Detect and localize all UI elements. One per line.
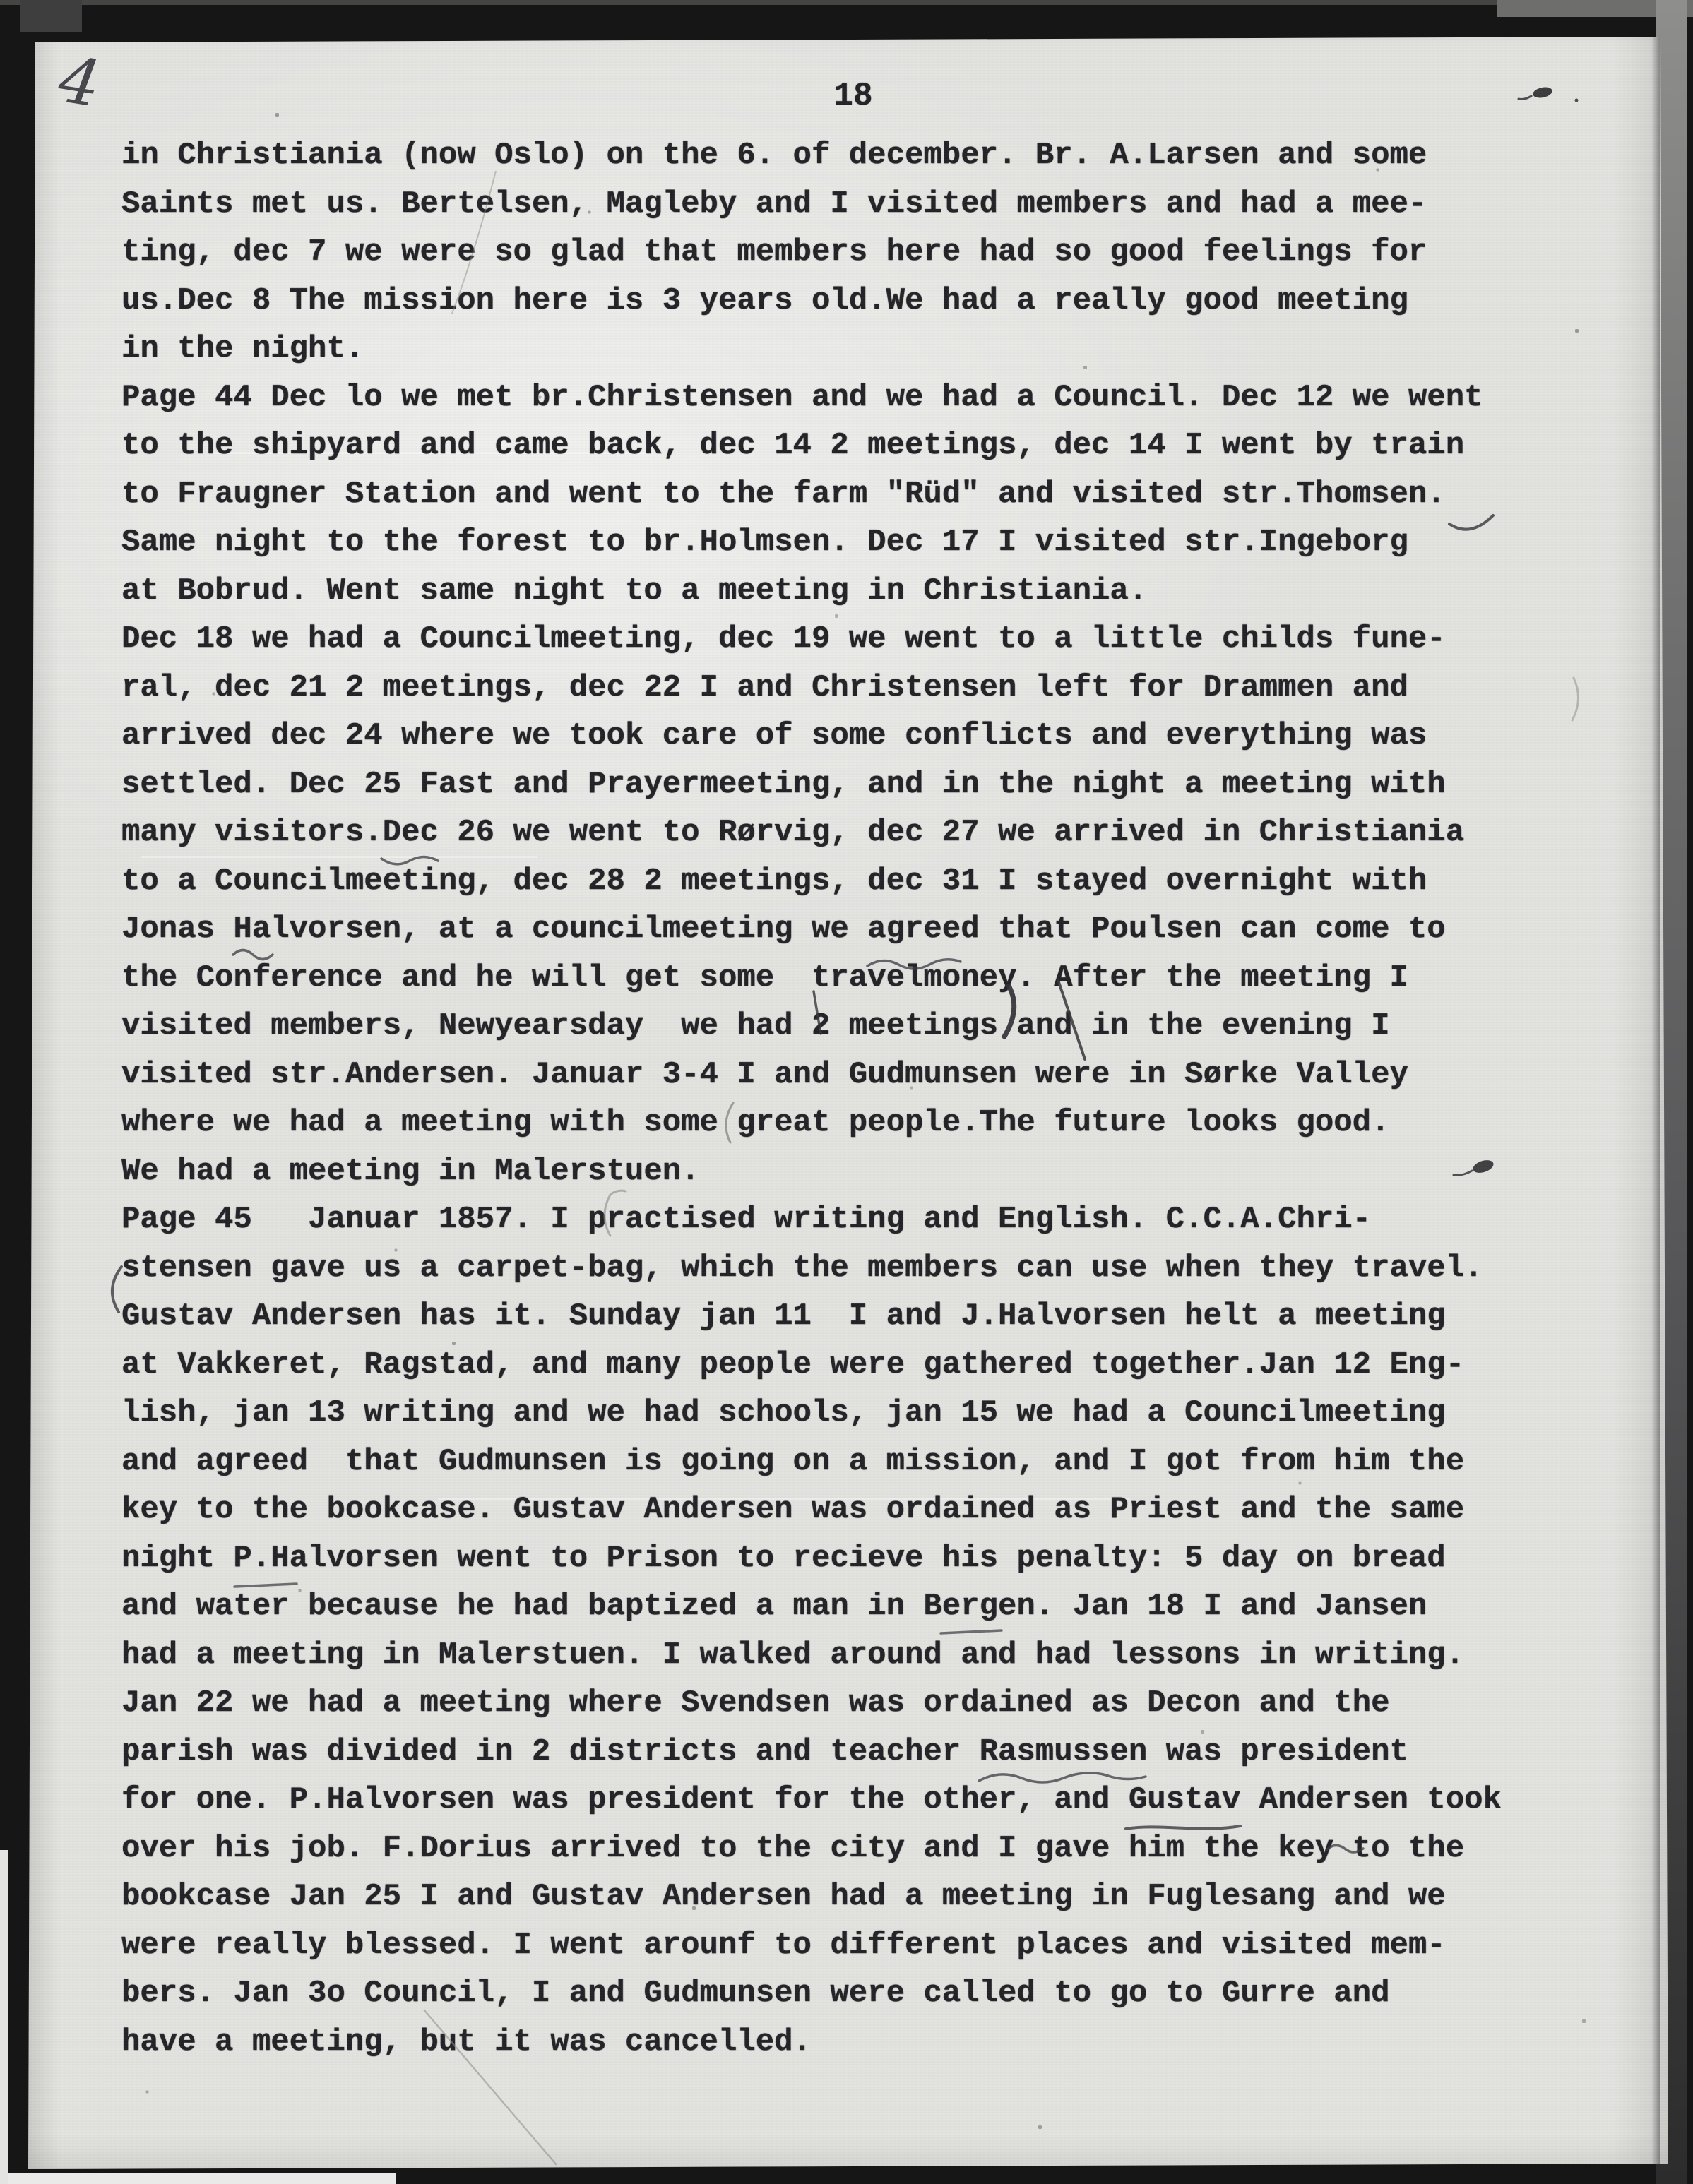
pen-swoosh — [1449, 515, 1493, 530]
pencil-arc — [1572, 678, 1579, 720]
scanned-page-background: 4 18 in Christiania (now Oslo) on the 6.… — [0, 0, 1693, 2184]
scanner-corner-notch — [20, 0, 82, 32]
ink-dot — [1575, 99, 1579, 102]
ink-blob-tail — [1454, 1171, 1472, 1175]
pen-squiggle — [867, 960, 961, 969]
pen-comma — [1004, 986, 1014, 1037]
scan-bottom-sliver — [0, 2173, 396, 2184]
pencil-paren — [726, 1103, 733, 1142]
pen-squiggle — [979, 1773, 1146, 1782]
scratch — [424, 2010, 557, 2165]
paper-right-edge-shadow — [1651, 37, 1660, 2165]
pen-underline — [941, 1630, 1002, 1633]
scanner-top-edge — [0, 0, 1693, 5]
pen-paren — [112, 1267, 121, 1312]
pen-underline — [234, 1584, 297, 1587]
ink-blob — [1532, 85, 1553, 100]
pencil-bracket — [605, 1191, 626, 1236]
pen-marks-overlay — [0, 0, 1693, 2184]
scan-left-sliver — [0, 1850, 8, 2184]
pen-underline — [1126, 1826, 1240, 1829]
pen-slash — [814, 991, 821, 1034]
ink-blob — [1471, 1158, 1495, 1175]
pen-stroke — [1058, 980, 1085, 1059]
paper-sheet: 4 18 in Christiania (now Oslo) on the 6.… — [0, 0, 1693, 2184]
pen-tilde — [1326, 1845, 1363, 1852]
ink-blob-tail — [1519, 96, 1531, 100]
scratch — [452, 171, 496, 314]
pen-squiggle — [381, 857, 438, 864]
pen-tilde — [233, 950, 273, 960]
